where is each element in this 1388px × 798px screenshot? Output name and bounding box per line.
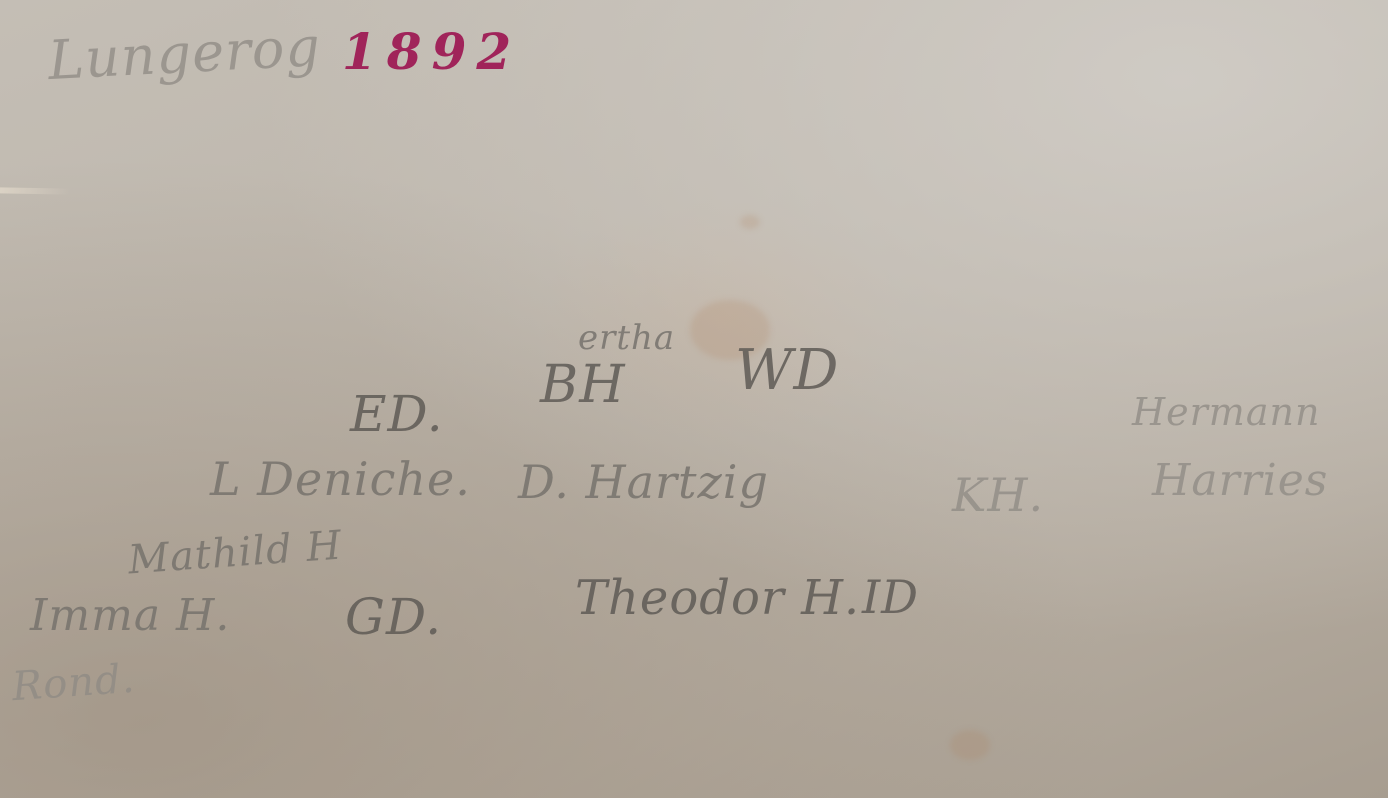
inscription-bertha: ertha bbox=[578, 318, 675, 358]
inscription-gd: GD. bbox=[345, 588, 442, 646]
inscription-kh: KH. bbox=[952, 468, 1044, 522]
inscription-hermann: Hermann bbox=[1132, 390, 1320, 434]
inscription-wd: WD bbox=[735, 338, 839, 403]
inscription-l-deniche: L Deniche. bbox=[210, 452, 471, 506]
inscription-theodor: Theodor H. bbox=[575, 570, 860, 626]
paper-crease bbox=[0, 187, 70, 194]
inscription-d-hartzig: D. Hartzig bbox=[518, 455, 769, 509]
inscription-bh: BH bbox=[540, 355, 626, 415]
inscription-ed: ED. bbox=[350, 385, 444, 443]
stain bbox=[950, 730, 990, 760]
inscription-round: Rond. bbox=[11, 656, 137, 710]
inscription-harries: Harries bbox=[1152, 455, 1328, 506]
inscription-id: ID bbox=[862, 570, 919, 624]
year: 1892 bbox=[342, 22, 521, 81]
inscription-immanuel: Imma H. bbox=[30, 590, 230, 641]
stain bbox=[740, 215, 760, 229]
